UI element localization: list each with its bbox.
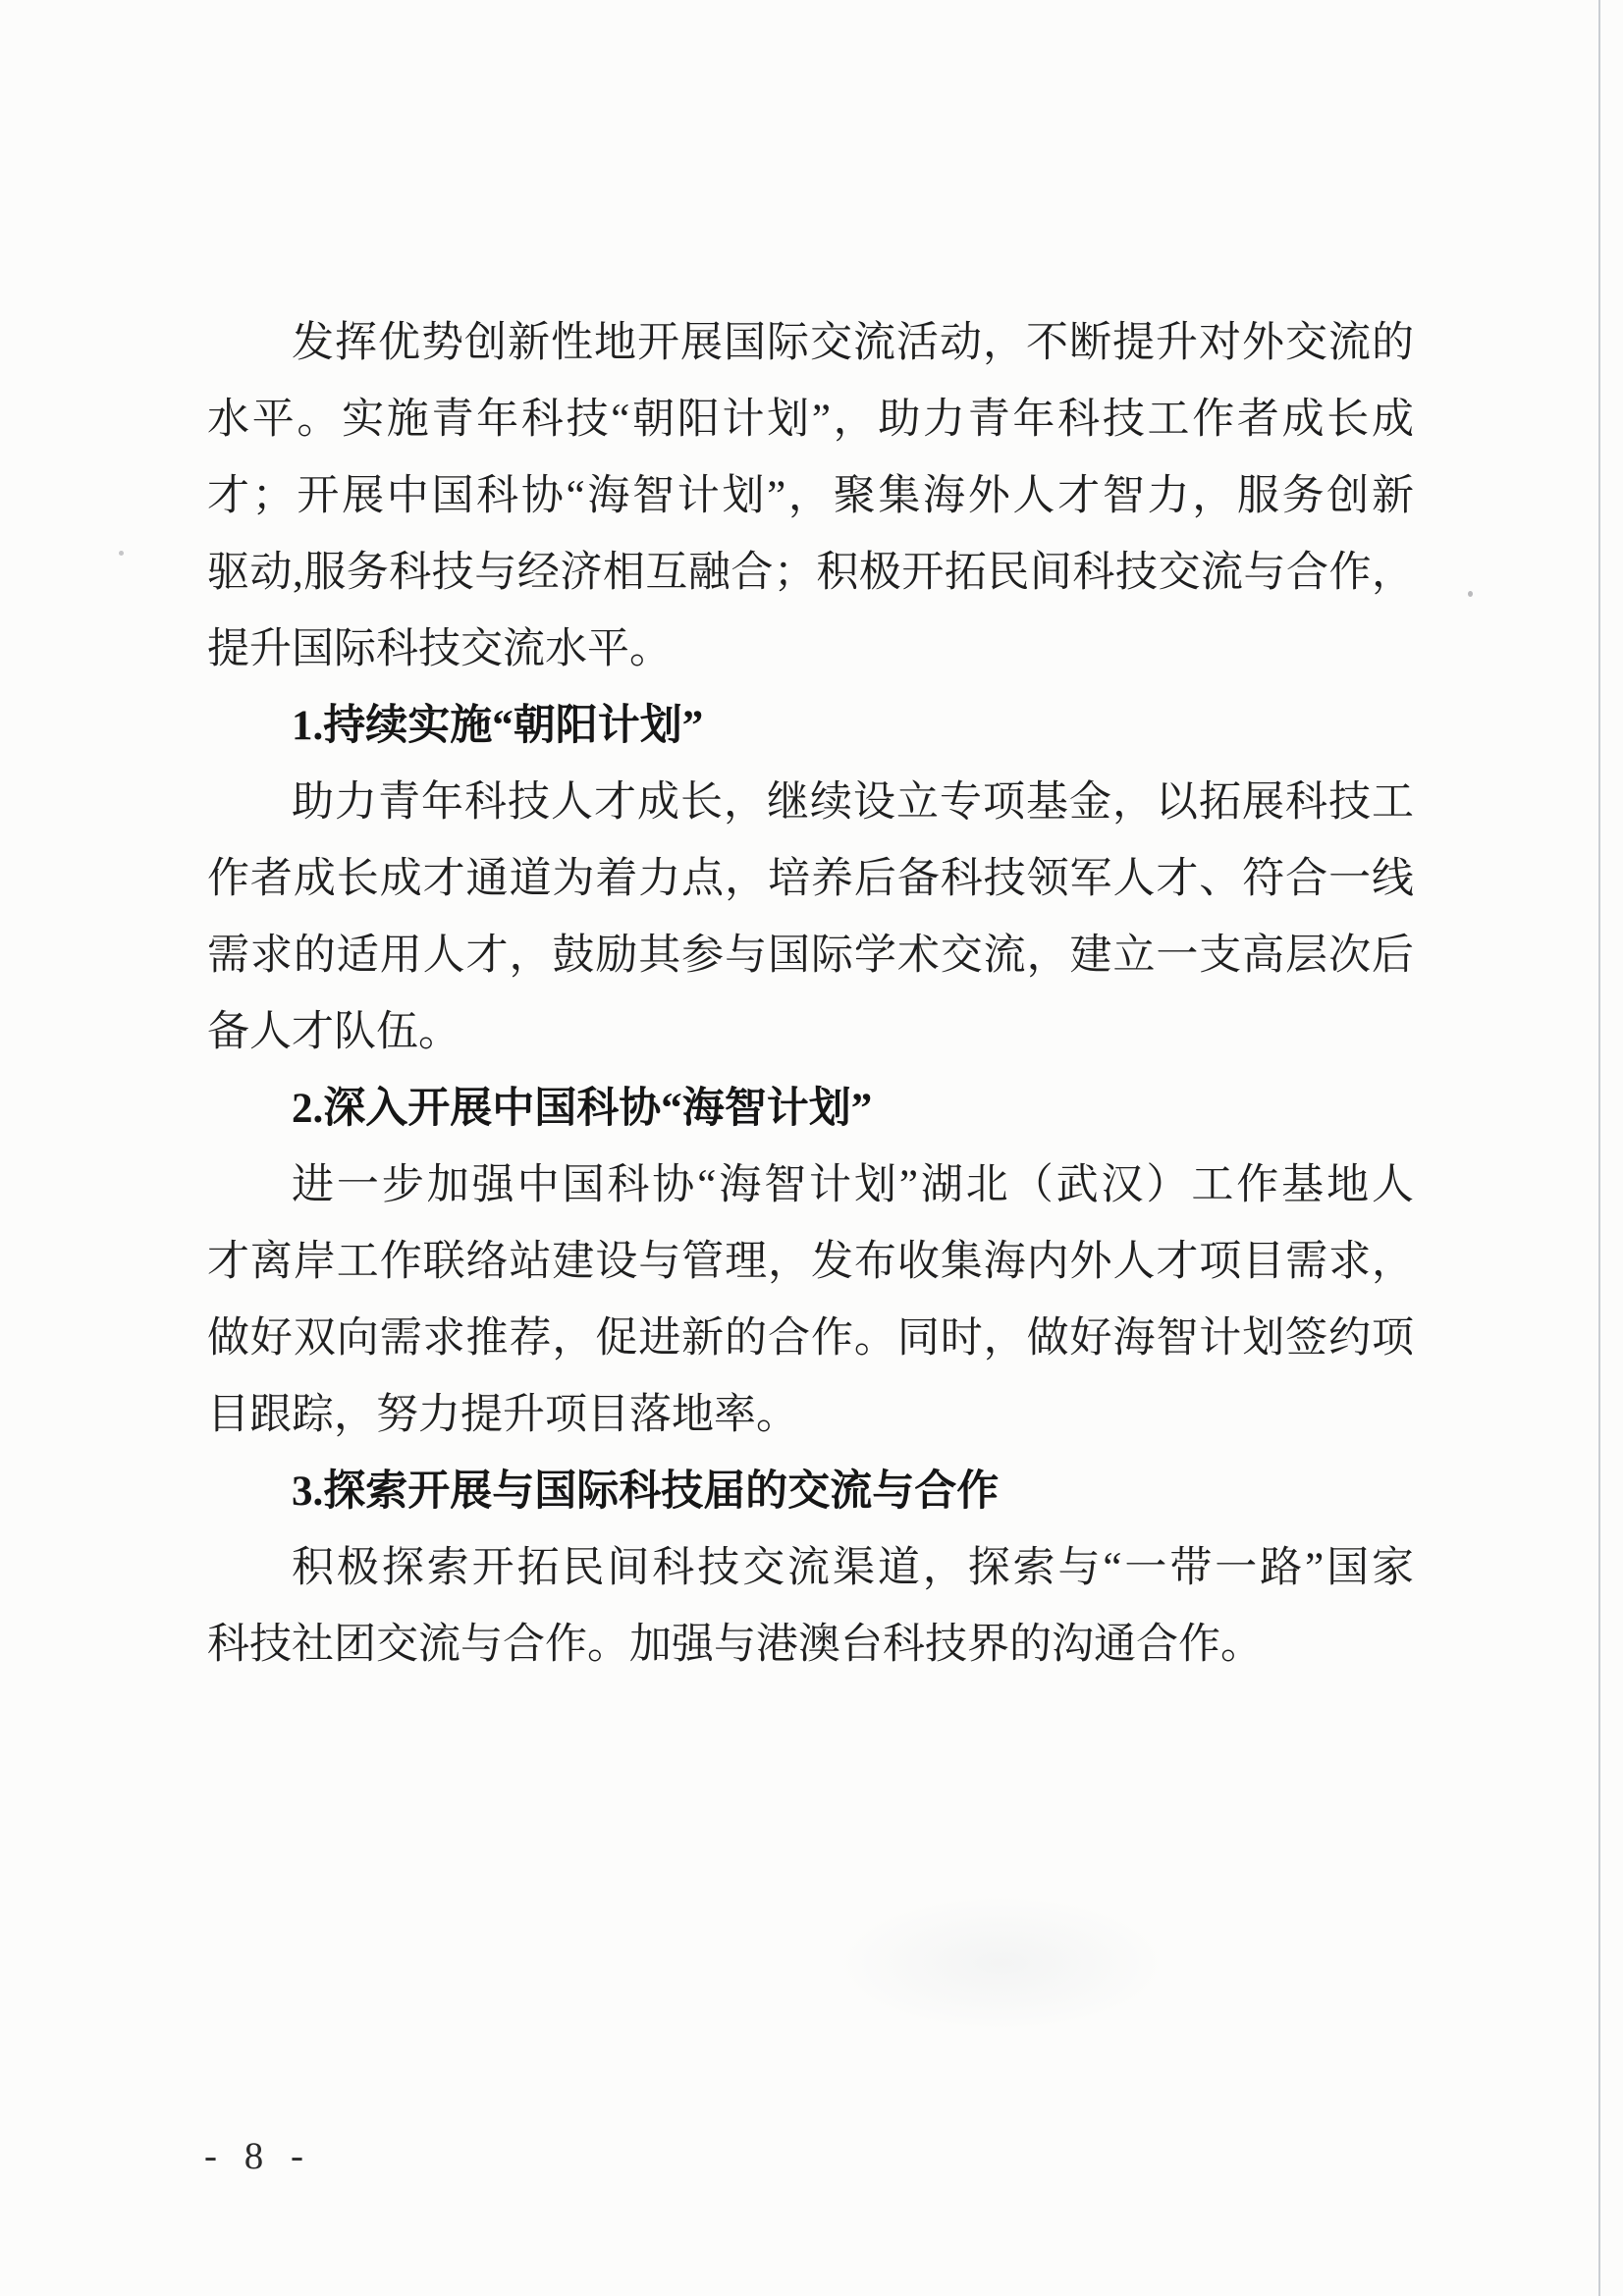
scan-speck	[1468, 591, 1473, 597]
section-heading-2: 2.深入开展中国科协“海智计划”	[207, 1071, 1414, 1148]
paragraph-1-line: 水平。实施青年科技“朝阳计划”，助力青年科技工作者成长成	[207, 382, 1414, 458]
paragraph-1-line: 才；开展中国科协“海智计划”，聚集海外人才智力，服务创新	[207, 458, 1414, 535]
document-body: 发挥优势创新性地开展国际交流活动，不断提升对外交流的 水平。实施青年科技“朝阳计…	[207, 305, 1414, 1683]
scan-smudge	[835, 1895, 1168, 2032]
paragraph-4-line: 积极探索开拓民间科技交流渠道，探索与“一带一路”国家	[207, 1530, 1414, 1607]
paragraph-3-line: 目跟踪，努力提升项目落地率。	[207, 1377, 1414, 1454]
scan-speck	[119, 551, 124, 556]
paragraph-1-line: 提升国际科技交流水平。	[207, 612, 1414, 688]
paragraph-1-line: 驱动,服务科技与经济相互融合；积极开拓民间科技交流与合作，	[207, 535, 1414, 612]
paragraph-2-line: 作者成长成才通道为着力点，培养后备科技领军人才、符合一线	[207, 841, 1414, 918]
paragraph-2-line: 备人才队伍。	[207, 994, 1414, 1071]
section-heading-3: 3.探索开展与国际科技届的交流与合作	[207, 1454, 1414, 1530]
scan-edge-artifact	[1598, 0, 1600, 2296]
paragraph-4-line: 科技社团交流与合作。加强与港澳台科技界的沟通合作。	[207, 1607, 1414, 1683]
section-heading-1: 1.持续实施“朝阳计划”	[207, 688, 1414, 765]
paragraph-2-line: 需求的适用人才，鼓励其参与国际学术交流，建立一支高层次后	[207, 918, 1414, 994]
page-number: - 8 -	[204, 2132, 312, 2181]
paragraph-2-line: 助力青年科技人才成长，继续设立专项基金，以拓展科技工	[207, 765, 1414, 841]
paragraph-3-line: 进一步加强中国科协“海智计划”湖北（武汉）工作基地人	[207, 1148, 1414, 1224]
paragraph-1-line: 发挥优势创新性地开展国际交流活动，不断提升对外交流的	[207, 305, 1414, 382]
document-page: 发挥优势创新性地开展国际交流活动，不断提升对外交流的 水平。实施青年科技“朝阳计…	[0, 0, 1623, 2296]
paragraph-3-line: 做好双向需求推荐，促进新的合作。同时，做好海智计划签约项	[207, 1301, 1414, 1377]
paragraph-3-line: 才离岸工作联络站建设与管理，发布收集海内外人才项目需求，	[207, 1224, 1414, 1301]
